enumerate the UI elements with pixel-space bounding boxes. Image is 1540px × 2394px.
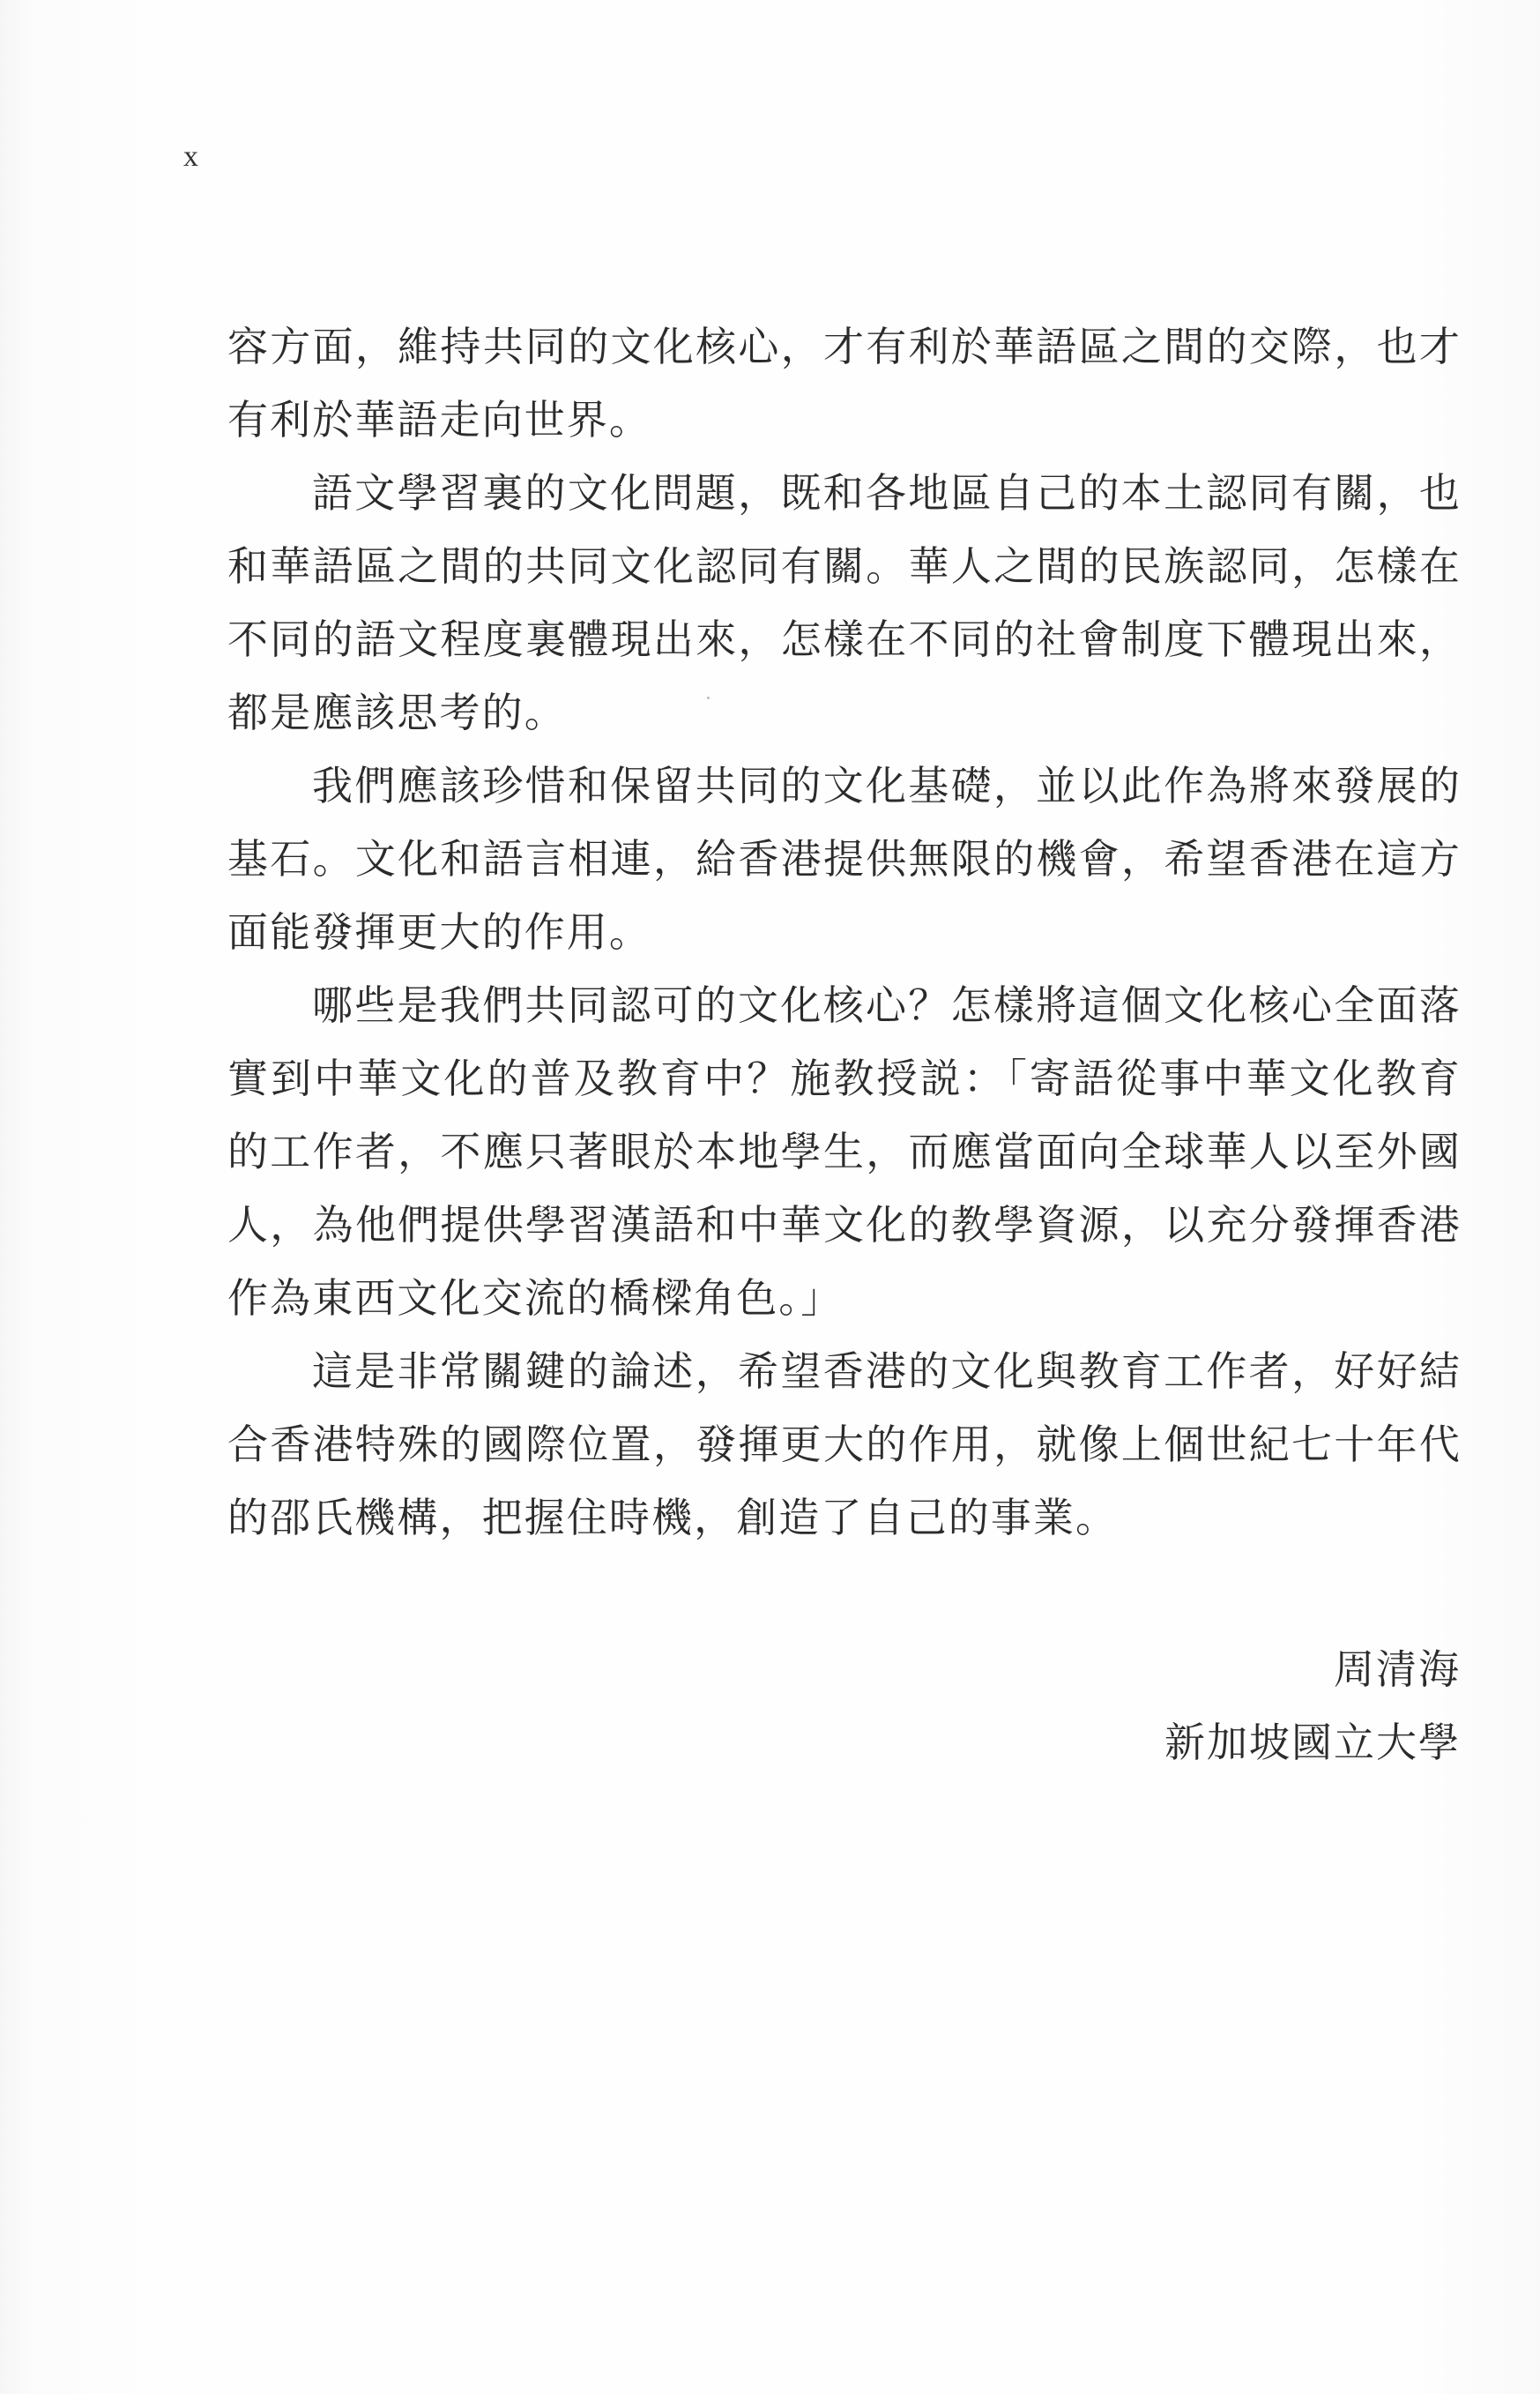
paragraph-5: 這是非常關鍵的論述，希望香港的文化與教育工作者，好好結合香港特殊的國際位置，發揮… (227, 1335, 1462, 1555)
book-page: x 容方面，維持共同的文化核心，才有利於華語區之間的交際，也才有利於華語走向世界… (0, 0, 1540, 2394)
paragraph-4: 哪些是我們共同認可的文化核心？怎樣將這個文化核心全面落實到中華文化的普及教育中？… (227, 969, 1462, 1335)
paragraph-1: 容方面，維持共同的文化核心，才有利於華語區之間的交際，也才有利於華語走向世界。 (227, 310, 1462, 457)
author-affiliation: 新加坡國立大學 (1164, 1706, 1461, 1779)
author-name: 周清海 (1164, 1633, 1461, 1706)
signature-block: 周清海 新加坡國立大學 (1164, 1633, 1461, 1779)
body-text: 容方面，維持共同的文化核心，才有利於華語區之間的交際，也才有利於華語走向世界。 … (227, 310, 1462, 1555)
scan-speck (707, 697, 710, 699)
paragraph-2: 語文學習裏的文化問題，既和各地區自己的本土認同有關，也和華語區之間的共同文化認同… (227, 457, 1462, 750)
paragraph-3: 我們應該珍惜和保留共同的文化基礎，並以此作為將來發展的基石。文化和語言相連，給香… (227, 750, 1462, 969)
page-number: x (183, 139, 198, 175)
